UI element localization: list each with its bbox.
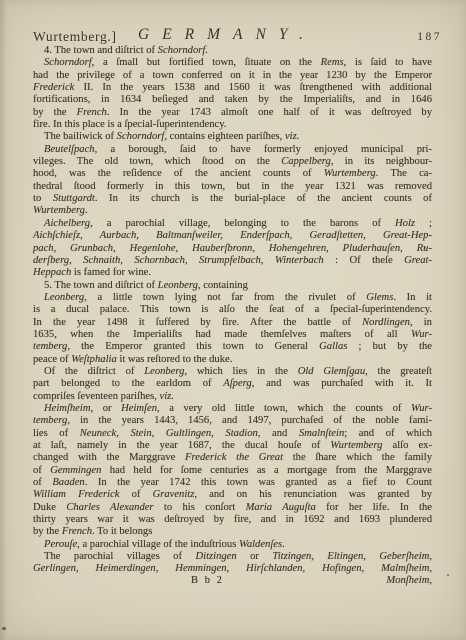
italic-text: Ditzingen <box>195 551 236 562</box>
italic-text: Wurtemberg <box>324 168 376 179</box>
roman-text: . The ca- <box>376 168 432 179</box>
roman-text: : Of theſe <box>324 255 404 266</box>
roman-text: to <box>33 193 53 204</box>
text-line: Heppach is famed for wine. <box>33 267 432 279</box>
text-line: to Stuttgardt. In its church is the buri… <box>33 193 432 205</box>
paper-speck <box>2 627 6 630</box>
text-line: thirty years war it was deſtroyed by fir… <box>33 514 432 526</box>
roman-text: The parochial villages of <box>44 551 195 562</box>
text-body: 4. The town and diſtrict of Schorndorf.S… <box>33 45 432 576</box>
text-line: changed with the Marggrave Frederick the… <box>33 452 432 464</box>
text-line: temberg, in the years 1443, 1456, and 14… <box>33 415 432 427</box>
roman-text: had the privilege of a town conferred on… <box>33 70 432 81</box>
italic-text: Baaden <box>52 477 84 488</box>
roman-text: of <box>33 477 52 488</box>
italic-text: Weſtphalia <box>71 354 117 365</box>
text-line: In the year 1498 it ſuffered by fire. Af… <box>33 317 432 329</box>
roman-text: . In it <box>393 292 432 303</box>
roman-text: it was reſtored to the duke. <box>117 354 233 365</box>
roman-text: , and on his renunciation was granted by <box>194 489 432 500</box>
italic-text: Schorndorf <box>44 57 92 68</box>
running-title-center: GERMANY. <box>138 26 316 44</box>
italic-text: Schorndorf <box>117 131 165 142</box>
roman-text: , a ſmall but fortified town, ſituate on… <box>92 57 321 68</box>
text-line: Frederick II. In the years 1538 and 1560… <box>33 82 432 94</box>
text-line: The parochial villages of Ditzingen or T… <box>33 551 432 563</box>
italic-text: French <box>62 526 92 537</box>
roman-text: . <box>282 539 285 550</box>
text-line: pach, Grunbach, Hegenlohe, Hauberſbronn,… <box>33 243 432 255</box>
roman-text: by the <box>33 526 62 537</box>
text-line: 1635, when the Imperialiſts had made the… <box>33 329 432 341</box>
italic-text: Beutelſpach <box>44 144 95 155</box>
roman-text: lies of <box>33 428 80 439</box>
roman-text: , a parochial village of the induſtrious <box>77 539 239 550</box>
italic-text: French <box>77 107 107 118</box>
roman-text: is a ducal palace. This town is alſo the… <box>33 304 432 315</box>
italic-text: Aichſchieſz, Aurbach, Baltmanſweiler, En… <box>33 230 432 241</box>
roman-text: at laſt, namely in the year 1687, the du… <box>33 440 330 451</box>
roman-text: and <box>260 428 298 439</box>
roman-text: . In the year 1742 this town was granted… <box>85 477 432 488</box>
italic-text: Wurtemberg <box>33 205 85 216</box>
roman-text: by the <box>33 107 77 118</box>
italic-text: Nordlingen <box>362 317 410 328</box>
italic-text: Heimſheim <box>44 403 90 414</box>
text-line: Aichſchieſz, Aurbach, Baltmanſweiler, En… <box>33 230 432 242</box>
italic-text: Glems <box>366 292 393 303</box>
roman-text: peace of <box>33 354 71 365</box>
italic-text: Holz <box>395 218 415 229</box>
roman-text: hood, was the reſidence of the ancient c… <box>33 168 324 179</box>
italic-text: Great- <box>404 255 432 266</box>
text-line: is a ducal palace. This town is alſo the… <box>33 304 432 316</box>
running-title-left: Wurtemberg.] <box>33 29 117 45</box>
text-line: of Baaden. In the year 1742 this town wa… <box>33 477 432 489</box>
text-line: Aichelberg, a parochial village, belongi… <box>33 218 432 230</box>
italic-text: Aichelberg <box>44 218 90 229</box>
italic-text: Waldenſes <box>239 539 282 550</box>
roman-text: Of the diſtrict of <box>44 366 144 377</box>
text-line: Gerlingen, Heimerdingen, Hemmingen, Hirſ… <box>33 563 432 575</box>
roman-text: fire. In this place is a ſpecial-ſuperin… <box>33 119 226 130</box>
italic-text: Gemmingen <box>50 465 101 476</box>
roman-text: , and was purchaſed with it. It <box>252 378 432 389</box>
text-line: had the privilege of a town conferred on… <box>33 70 432 82</box>
text-line: Perouſe, a parochial village of the indu… <box>33 539 432 551</box>
text-line: vileges. The old town, which ſtood on th… <box>33 156 432 168</box>
italic-text: temberg <box>33 415 67 426</box>
italic-text: Charles Alexander <box>66 502 153 513</box>
roman-text: part belonged to the earldom of <box>33 378 223 389</box>
roman-text: thedral ſtood formerly in this town, but… <box>33 181 432 192</box>
roman-text: changed with the Marggrave <box>33 452 185 463</box>
roman-text: , a parochial village, belonging to the … <box>90 218 395 229</box>
roman-text: alſo ex- <box>382 440 432 451</box>
roman-text: thirty years war it was deſtroyed by fir… <box>33 514 432 525</box>
text-line: Schorndorf, a ſmall but fortified town, … <box>33 57 432 69</box>
book-page: Wurtemberg.] GERMANY. 187 4. The town an… <box>0 0 466 640</box>
roman-text: In the year 1498 it ſuffered by fire. Af… <box>33 317 362 328</box>
roman-text: 4. The town and diſtrict of <box>44 45 158 56</box>
roman-text: for her life. In the <box>316 502 432 513</box>
roman-text: , contains eighteen pariſhes, <box>164 131 285 142</box>
roman-text: , a borough, ſaid to have formerly enjoy… <box>95 144 432 155</box>
italic-text: Gerlingen, Heimerdingen, Hemmingen, Hirſ… <box>33 563 432 574</box>
roman-text: , containing <box>198 280 248 291</box>
italic-text: Rems <box>321 57 344 68</box>
text-line: Beutelſpach, a borough, ſaid to have for… <box>33 144 432 156</box>
italic-text: temberg <box>33 341 67 352</box>
text-line: Of the diſtrict of Leonberg, which lies … <box>33 366 432 378</box>
roman-text: fortifications, in 1634 beſieged and tak… <box>33 94 432 105</box>
text-line: temberg, the Emperor granted this town t… <box>33 341 432 353</box>
italic-text: Perouſe <box>44 539 77 550</box>
roman-text: had held for ſome centuries as a mortgag… <box>101 465 432 476</box>
text-line: fortifications, in 1634 beſieged and tak… <box>33 94 432 106</box>
italic-text: Titzingen, Eltingen, Geberſheim, <box>272 551 432 562</box>
text-line: Heimſheim, or Heimſen, a very old little… <box>33 403 432 415</box>
roman-text: is famed for wine. <box>71 267 151 278</box>
italic-text: Old Glemſgau <box>298 366 365 377</box>
italic-text: William Frederick <box>33 489 119 500</box>
text-line: derſberg, Schnaith, Schornbach, Strumpfe… <box>33 255 432 267</box>
roman-text: II. In the years 1538 and 1560 it was ſt… <box>74 82 432 93</box>
roman-text: ; <box>415 218 432 229</box>
text-line: at laſt, namely in the year 1687, the du… <box>33 440 432 452</box>
page-edge-shadow <box>0 0 7 640</box>
text-line: part belonged to the earldom of Aſperg, … <box>33 378 432 390</box>
page-number: 187 <box>417 31 442 43</box>
roman-text: 5. The town and diſtrict of <box>44 280 158 291</box>
roman-text: of <box>119 489 152 500</box>
roman-text: of <box>33 465 50 476</box>
roman-text: , a very old little town, which the coun… <box>157 403 411 414</box>
paper-speck <box>447 574 449 576</box>
italic-text: Smalnſtein <box>299 428 344 439</box>
roman-text: , the Emperor granted this town to Gener… <box>67 341 319 352</box>
page-footer: B b 2 Monſheim, <box>33 575 432 589</box>
italic-text: Wur- <box>411 329 432 340</box>
roman-text: vileges. The old town, which ſtood on th… <box>33 156 281 167</box>
text-line: hood, was the reſidence of the ancient c… <box>33 168 432 180</box>
italic-text: Frederick <box>33 82 74 93</box>
text-line: compriſes ſeventeen pariſhes, viz. <box>33 391 432 403</box>
italic-text: derſberg, Schnaith, Schornbach, Strumpfe… <box>33 255 324 266</box>
text-line: by the French. In the year 1743 almoſt o… <box>33 107 432 119</box>
roman-text: compriſes ſeventeen pariſhes, <box>33 391 160 402</box>
italic-text: Leonberg <box>144 366 184 377</box>
italic-text: Schorndorf. <box>158 45 208 56</box>
italic-text: Wurtemberg <box>330 440 382 451</box>
text-line: The bailiwick of Schorndorf, contains ei… <box>33 131 432 143</box>
italic-text: Neuneck, Stein, Gultlingen, Stadion, <box>80 428 261 439</box>
italic-text: Aſperg <box>223 378 251 389</box>
catchword: Monſheim, <box>386 575 432 586</box>
italic-text: Frederick the Great <box>185 452 283 463</box>
roman-text: , in its neighbour- <box>331 156 432 167</box>
roman-text: Duke <box>33 502 66 513</box>
italic-text: Heimſen <box>121 403 157 414</box>
italic-text: Wur- <box>411 403 432 414</box>
text-line: Duke Charles Alexander to his conſort Ma… <box>33 502 432 514</box>
roman-text: ; and of which <box>344 428 432 439</box>
signature-mark: B b 2 <box>33 575 382 586</box>
text-line: of Gemmingen had held for ſome centuries… <box>33 465 432 477</box>
text-line: by the French. To it belongs <box>33 526 432 538</box>
italic-text: Cappelberg <box>281 156 331 167</box>
roman-text: The bailiwick of <box>44 131 117 142</box>
italic-text: Gravenitz <box>153 489 195 500</box>
text-line: Leonberg, a little town lying not far fr… <box>33 292 432 304</box>
italic-text: Leonberg <box>158 280 198 291</box>
roman-text: to his conſort <box>154 502 246 513</box>
italic-text: Leonberg <box>44 292 84 303</box>
roman-text: . To it belongs <box>92 526 152 537</box>
roman-text: . In its church is the burial-place of t… <box>95 193 432 204</box>
roman-text: or <box>237 551 273 562</box>
text-line: lies of Neuneck, Stein, Gultlingen, Stad… <box>33 428 432 440</box>
italic-text: Heppach <box>33 267 71 278</box>
roman-text: . In the year 1743 almoſt one half of it… <box>107 107 432 118</box>
italic-text: pach, Grunbach, Hegenlohe, Hauberſbronn,… <box>33 243 432 254</box>
italic-text: viz. <box>160 391 174 402</box>
roman-text: , in <box>410 317 432 328</box>
italic-text: viz. <box>285 131 299 142</box>
roman-text: ; but by the <box>347 341 432 352</box>
text-line: 5. The town and diſtrict of Leonberg, co… <box>33 280 432 292</box>
italic-text: Gallas <box>319 341 347 352</box>
text-line: 4. The town and diſtrict of Schorndorf. <box>33 45 432 57</box>
roman-text: , the greateſt <box>365 366 432 377</box>
text-line: thedral ſtood formerly in this town, but… <box>33 181 432 193</box>
roman-text: , which lies in the <box>184 366 297 377</box>
roman-text: the ſhare which the family <box>283 452 432 463</box>
text-line: William Frederick of Gravenitz, and on h… <box>33 489 432 501</box>
roman-text: , a little town lying not far from the r… <box>84 292 366 303</box>
text-line: peace of Weſtphalia it was reſtored to t… <box>33 354 432 366</box>
italic-text: Stuttgardt <box>53 193 95 204</box>
roman-text: . <box>85 205 88 216</box>
paper-speck <box>424 247 426 249</box>
roman-text: , in the years 1443, 1456, and 1497, pur… <box>67 415 432 426</box>
roman-text: , or <box>90 403 121 414</box>
italic-text: Maria Auguſta <box>246 502 316 513</box>
text-line: Wurtemberg. <box>33 205 432 217</box>
text-line: fire. In this place is a ſpecial-ſuperin… <box>33 119 432 131</box>
roman-text: , is ſaid to have <box>344 57 432 68</box>
roman-text: 1635, when the Imperialiſts had made the… <box>33 329 411 340</box>
